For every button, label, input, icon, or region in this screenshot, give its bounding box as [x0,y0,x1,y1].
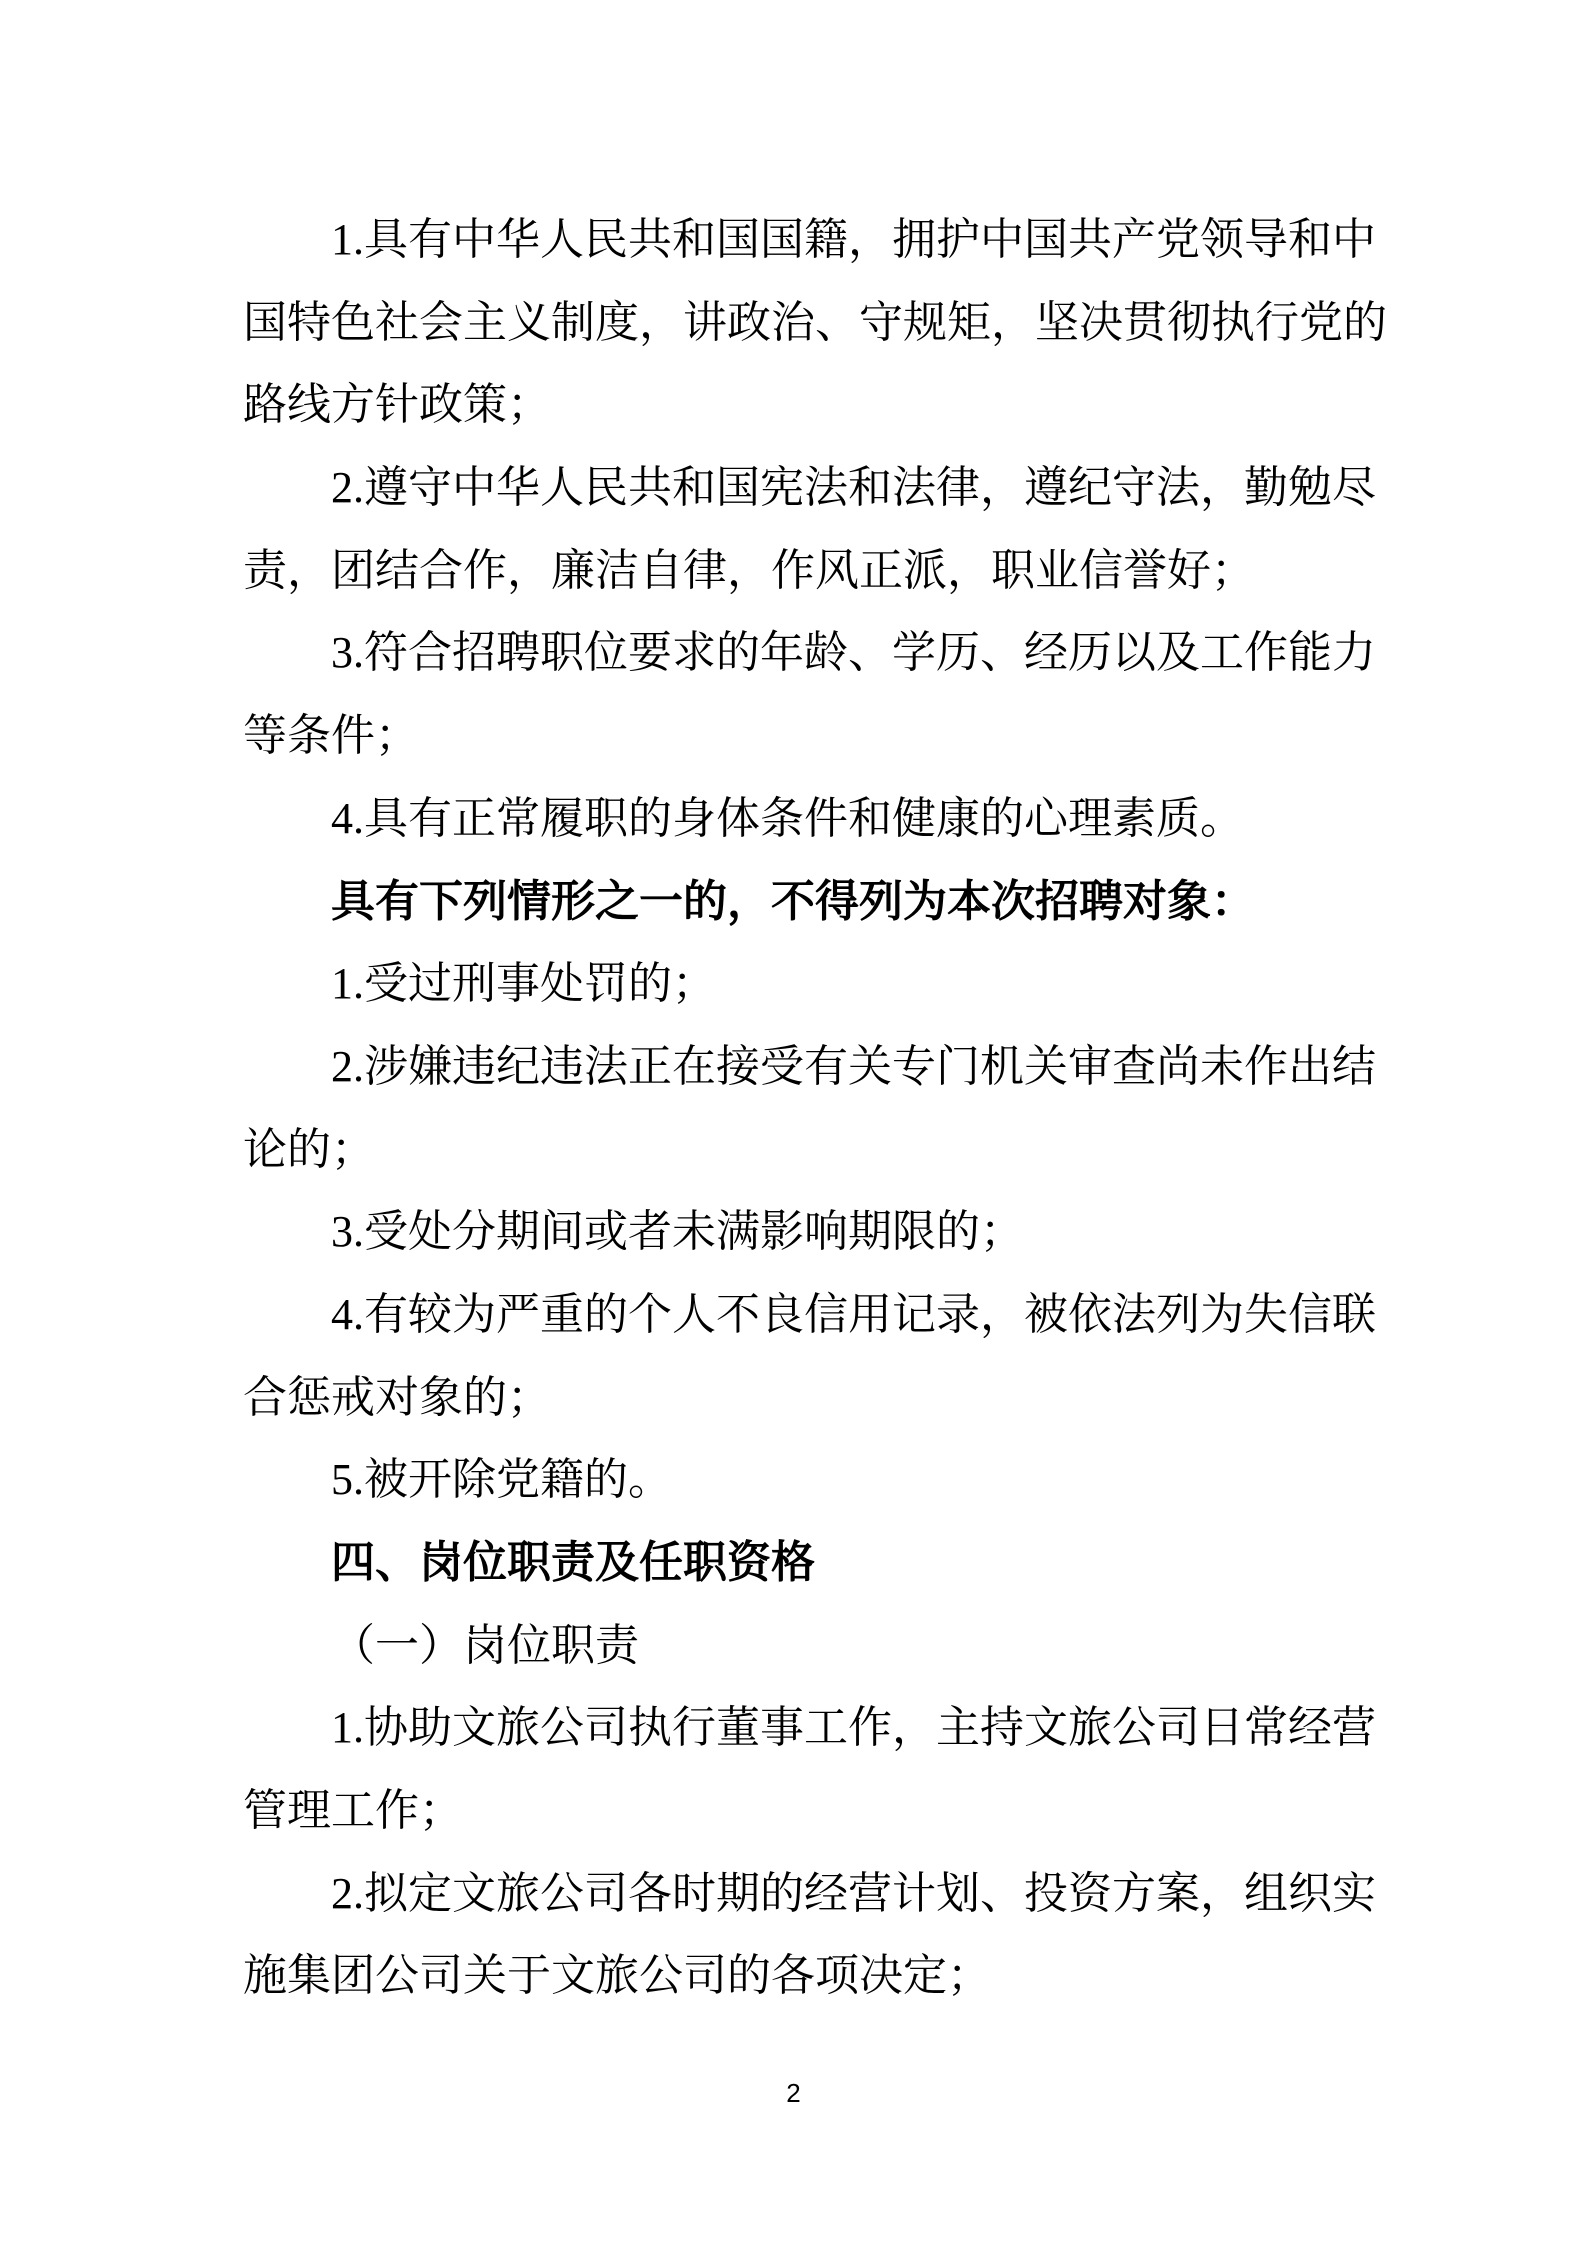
text-line: 路线方针政策； [243,364,1353,447]
text-line: 4.有较为严重的个人不良信用记录，被依法列为失信联 [243,1274,1353,1357]
text-line: 1.协助文旅公司执行董事工作，主持文旅公司日常经营 [243,1687,1353,1770]
text-line: 责，团结合作，廉洁自律，作风正派，职业信誉好； [243,530,1353,613]
text-line: 1.受过刑事处罚的； [243,943,1353,1026]
text-line: 论的； [243,1109,1353,1192]
text-line: 国特色社会主义制度，讲政治、守规矩，坚决贯彻执行党的 [243,282,1353,365]
section-heading: 四、岗位职责及任职资格 [243,1522,1353,1605]
text-line: 5.被开除党籍的。 [243,1439,1353,1522]
text-line: 2.遵守中华人民共和国宪法和法律，遵纪守法，勤勉尽 [243,447,1353,530]
text-line: 2.拟定文旅公司各时期的经营计划、投资方案，组织实 [243,1853,1353,1936]
text-line: 管理工作； [243,1770,1353,1853]
text-line: 等条件； [243,695,1353,778]
text-line: 3.受处分期间或者未满影响期限的； [243,1191,1353,1274]
text-line: 2.涉嫌违纪违法正在接受有关专门机关审查尚未作出结 [243,1026,1353,1109]
document-body: 1.具有中华人民共和国国籍，拥护中国共产党领导和中 国特色社会主义制度，讲政治、… [243,199,1353,2018]
page-number: 2 [0,2078,1587,2108]
text-line: 3.符合招聘职位要求的年龄、学历、经历以及工作能力 [243,612,1353,695]
document-page: 1.具有中华人民共和国国籍，拥护中国共产党领导和中 国特色社会主义制度，讲政治、… [0,0,1587,2245]
text-line: 合惩戒对象的； [243,1357,1353,1440]
text-line-emphasis: 具有下列情形之一的，不得列为本次招聘对象： [243,861,1353,944]
subsection-heading: （一）岗位职责 [243,1605,1353,1688]
text-line: 4.具有正常履职的身体条件和健康的心理素质。 [243,778,1353,861]
text-line: 施集团公司关于文旅公司的各项决定； [243,1935,1353,2018]
text-line: 1.具有中华人民共和国国籍，拥护中国共产党领导和中 [243,199,1353,282]
